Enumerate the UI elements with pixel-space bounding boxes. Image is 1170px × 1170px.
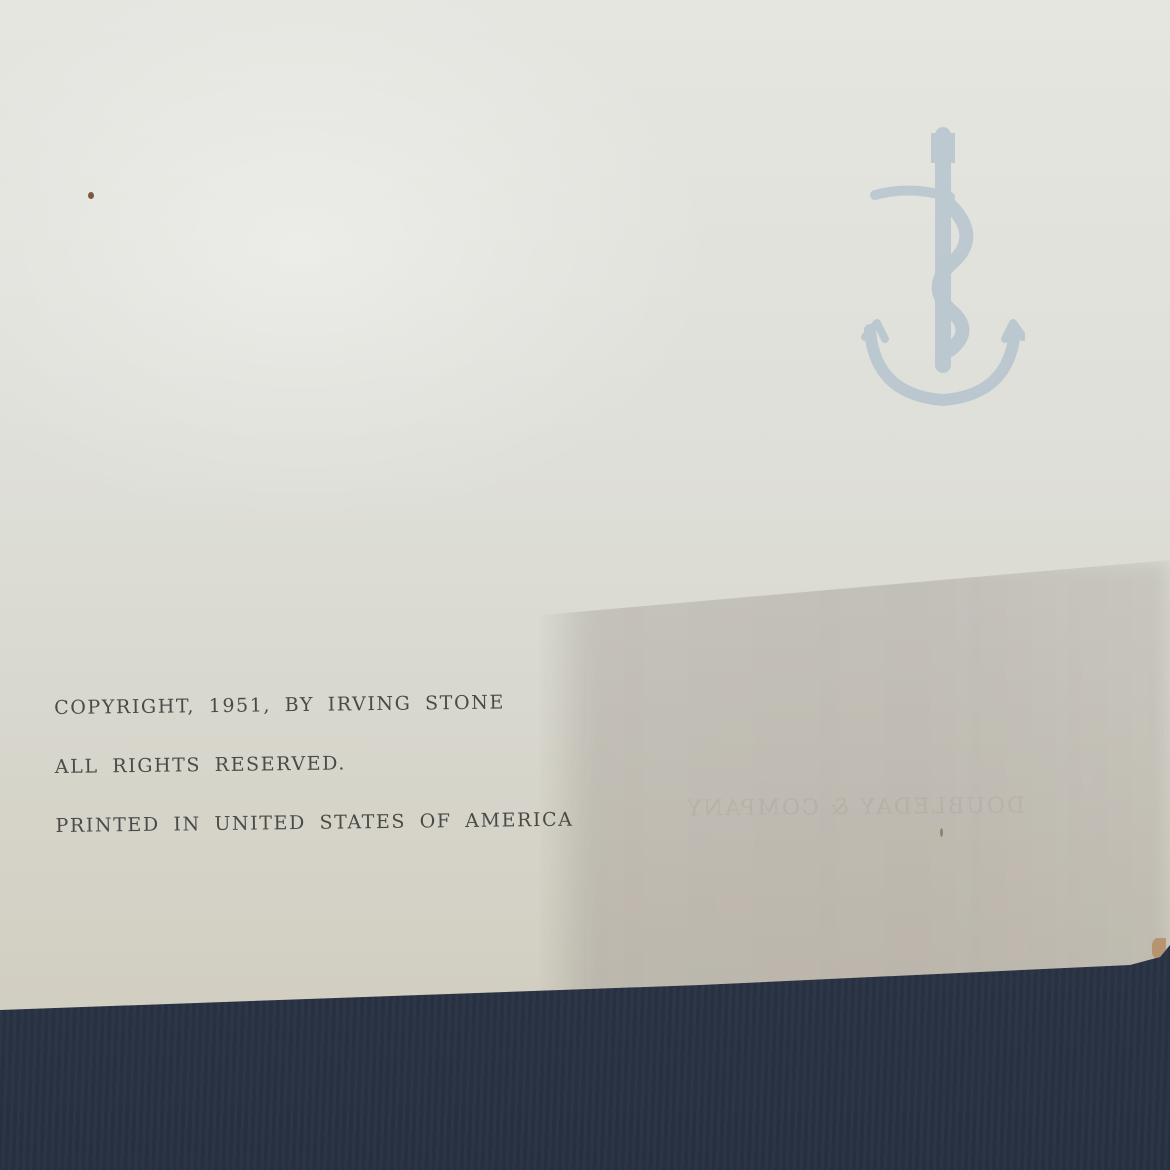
anchor-dolphin-icon (855, 125, 1025, 415)
hand-shadow (540, 560, 1170, 1020)
copyright-line: COPYRIGHT, 1951, BY IRVING STONE (54, 691, 573, 756)
paper-speck (88, 192, 94, 199)
copyright-imprint: COPYRIGHT, 1951, BY IRVING STONE ALL RIG… (54, 691, 574, 874)
printed-line: PRINTED IN UNITED STATES OF AMERICA (55, 809, 574, 874)
paper-speck (940, 828, 943, 837)
bleed-through-text: DOUBLEDAY & COMPANY (685, 794, 1025, 822)
rights-line: ALL RIGHTS RESERVED. (55, 750, 574, 815)
